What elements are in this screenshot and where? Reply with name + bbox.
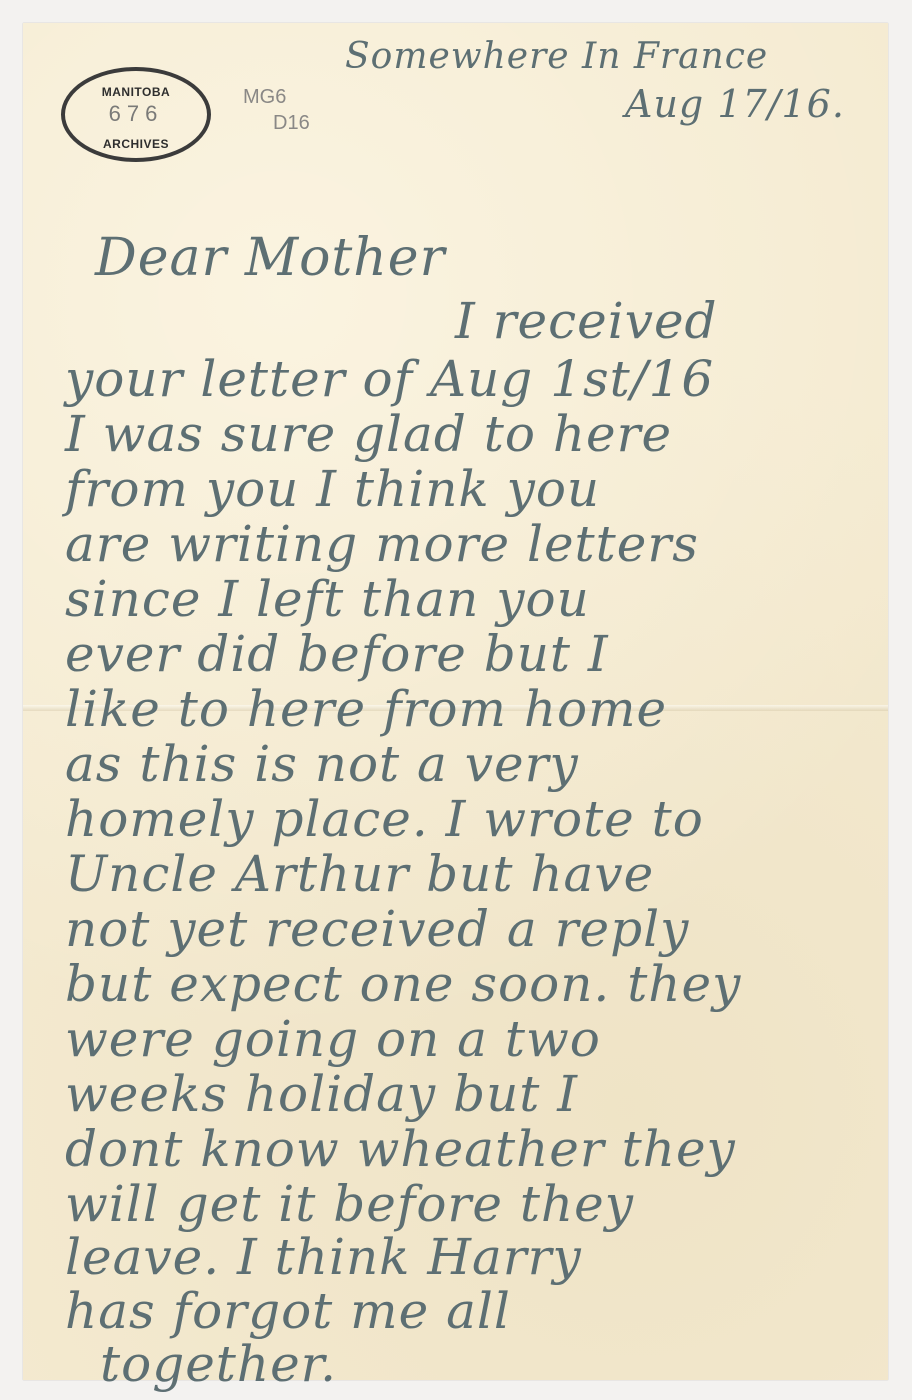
- letter-line: but expect one soon. they: [65, 955, 741, 1013]
- archive-stamp: MANITOBA 676 ARCHIVES: [61, 67, 211, 162]
- letter-line: since I left than you: [65, 570, 590, 628]
- stamp-top-text: MANITOBA: [65, 85, 207, 99]
- letter-line: your letter of Aug 1st/16: [65, 350, 714, 408]
- stamp-number: 676: [65, 101, 207, 127]
- letter-line: not yet received a reply: [65, 900, 689, 958]
- letter-line: weeks holiday but I: [65, 1065, 578, 1123]
- letter-salutation: Dear Mother: [95, 228, 445, 288]
- letter-line: ever did before but I: [65, 625, 609, 683]
- letter-line: Uncle Arthur but have: [65, 845, 654, 903]
- letter-line: are writing more letters: [65, 515, 699, 573]
- letter-line: like to here from home: [65, 680, 667, 738]
- letter-line: has forgot me all: [65, 1282, 511, 1340]
- catalog-line-2: D16: [243, 110, 310, 136]
- letter-line: were going on a two: [65, 1010, 601, 1068]
- catalog-note: MG6 D16: [243, 84, 310, 136]
- letter-place: Somewhere In France: [345, 36, 768, 77]
- letter-line: I was sure glad to here: [65, 405, 672, 463]
- letter-line: together.: [100, 1335, 337, 1393]
- letter-date: Aug 17/16.: [625, 82, 845, 126]
- letter-line: will get it before they: [65, 1175, 634, 1233]
- letter-line: as this is not a very: [65, 735, 579, 793]
- catalog-line-1: MG6: [243, 84, 310, 110]
- letter-line: from you I think you: [65, 460, 600, 518]
- letter-line: leave. I think Harry: [65, 1228, 582, 1286]
- letter-line: dont know wheather they: [65, 1120, 736, 1178]
- stamp-bottom-text: ARCHIVES: [65, 137, 207, 151]
- letter-line: homely place. I wrote to: [65, 790, 704, 848]
- letter-line: I received: [455, 292, 718, 350]
